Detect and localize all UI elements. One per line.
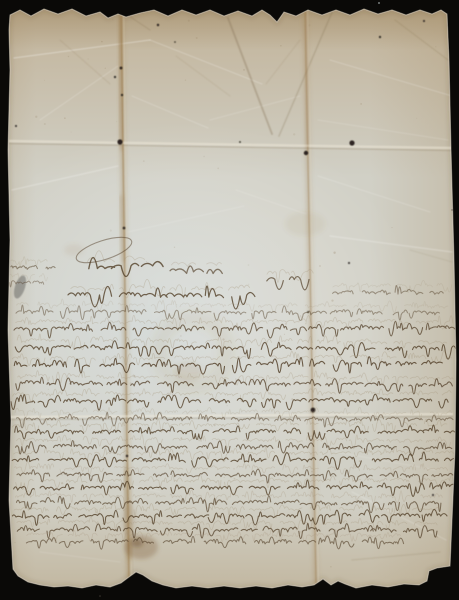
- paper-freckle: [203, 156, 204, 157]
- ink-speck: [174, 41, 176, 43]
- paper-freckle: [61, 482, 63, 484]
- ink-speck: [432, 494, 434, 496]
- paper-freckle: [15, 542, 16, 543]
- paper-freckle: [319, 265, 321, 267]
- paper-freckle: [293, 133, 295, 135]
- paper-freckle: [143, 160, 145, 162]
- paper-freckle: [105, 68, 106, 69]
- paper-freckle: [19, 337, 20, 338]
- paper-freckle: [71, 132, 72, 133]
- paper-freckle: [233, 468, 235, 470]
- paper-freckle: [389, 351, 390, 352]
- paper-freckle: [217, 168, 219, 170]
- paper-freckle: [391, 227, 392, 228]
- paper-freckle: [359, 460, 361, 462]
- ink-speck: [423, 20, 425, 22]
- paper-freckle: [311, 471, 313, 473]
- paper-freckle: [305, 323, 307, 325]
- paper-freckle: [280, 45, 282, 47]
- paper-freckle: [174, 247, 175, 248]
- paper-freckle: [284, 334, 285, 335]
- dust-speck: [451, 209, 452, 210]
- ink-speck: [121, 94, 123, 96]
- ink-speck: [15, 125, 17, 127]
- paper-freckle: [436, 536, 438, 538]
- paper-freckle: [308, 24, 310, 26]
- paper-freckle: [146, 261, 147, 262]
- paper-freckle: [291, 398, 293, 400]
- ink-speck: [304, 151, 308, 155]
- paper-freckle: [243, 69, 245, 71]
- ink-speck: [126, 455, 128, 457]
- ink-speck: [114, 76, 116, 78]
- paper-freckle: [285, 323, 287, 325]
- paper-freckle: [180, 335, 181, 336]
- paper-freckle: [116, 121, 117, 122]
- paper-freckle: [64, 117, 66, 119]
- paper-freckle: [35, 116, 37, 118]
- ink-speck: [239, 141, 241, 143]
- ink-speck: [348, 262, 350, 264]
- ink-speck: [349, 140, 354, 145]
- paper-freckle: [180, 437, 182, 439]
- paper-freckle: [48, 389, 49, 390]
- paper-freckle: [101, 41, 103, 43]
- paper-freckle: [112, 19, 113, 20]
- dust-speck: [378, 2, 380, 4]
- ink-speck: [123, 227, 126, 230]
- paper-freckle: [248, 264, 250, 266]
- paper-freckle: [234, 478, 236, 480]
- paper-freckle: [360, 103, 362, 105]
- paper-freckle: [185, 79, 186, 80]
- paper-freckle: [224, 477, 225, 478]
- paper-freckle: [333, 252, 335, 254]
- photo-of-letter: [0, 0, 459, 600]
- paper-freckle: [44, 123, 46, 125]
- stain-blot: [285, 212, 325, 236]
- fold-stain-segment: [120, 12, 122, 150]
- paper-freckle: [330, 566, 331, 567]
- dust-speck: [99, 595, 101, 597]
- ink-speck: [120, 67, 123, 70]
- paper-freckle: [44, 80, 45, 81]
- paper-texture: [0, 0, 459, 600]
- paper-freckle: [257, 320, 258, 321]
- ink-speck: [379, 36, 381, 38]
- paper-freckle: [68, 56, 69, 57]
- paper-freckle: [222, 338, 224, 340]
- paper-freckle: [188, 20, 190, 22]
- ink-speck: [157, 24, 159, 26]
- stain-blot: [64, 244, 84, 256]
- paper-freckle: [331, 299, 333, 301]
- paper-freckle: [416, 118, 417, 119]
- paper-freckle: [248, 284, 249, 285]
- paper-freckle: [238, 308, 239, 309]
- letter-scene: [0, 0, 459, 600]
- paper-freckle: [70, 544, 72, 546]
- paper-freckle: [435, 46, 436, 47]
- letter-photo-svg: [0, 0, 459, 600]
- fold-stain-segment: [306, 10, 308, 150]
- paper-freckle: [110, 230, 112, 232]
- ink-speck: [117, 139, 122, 144]
- paper-freckle: [226, 405, 227, 406]
- paper-freckle: [16, 464, 17, 465]
- paper-freckle: [196, 37, 198, 39]
- paper-freckle: [88, 58, 89, 59]
